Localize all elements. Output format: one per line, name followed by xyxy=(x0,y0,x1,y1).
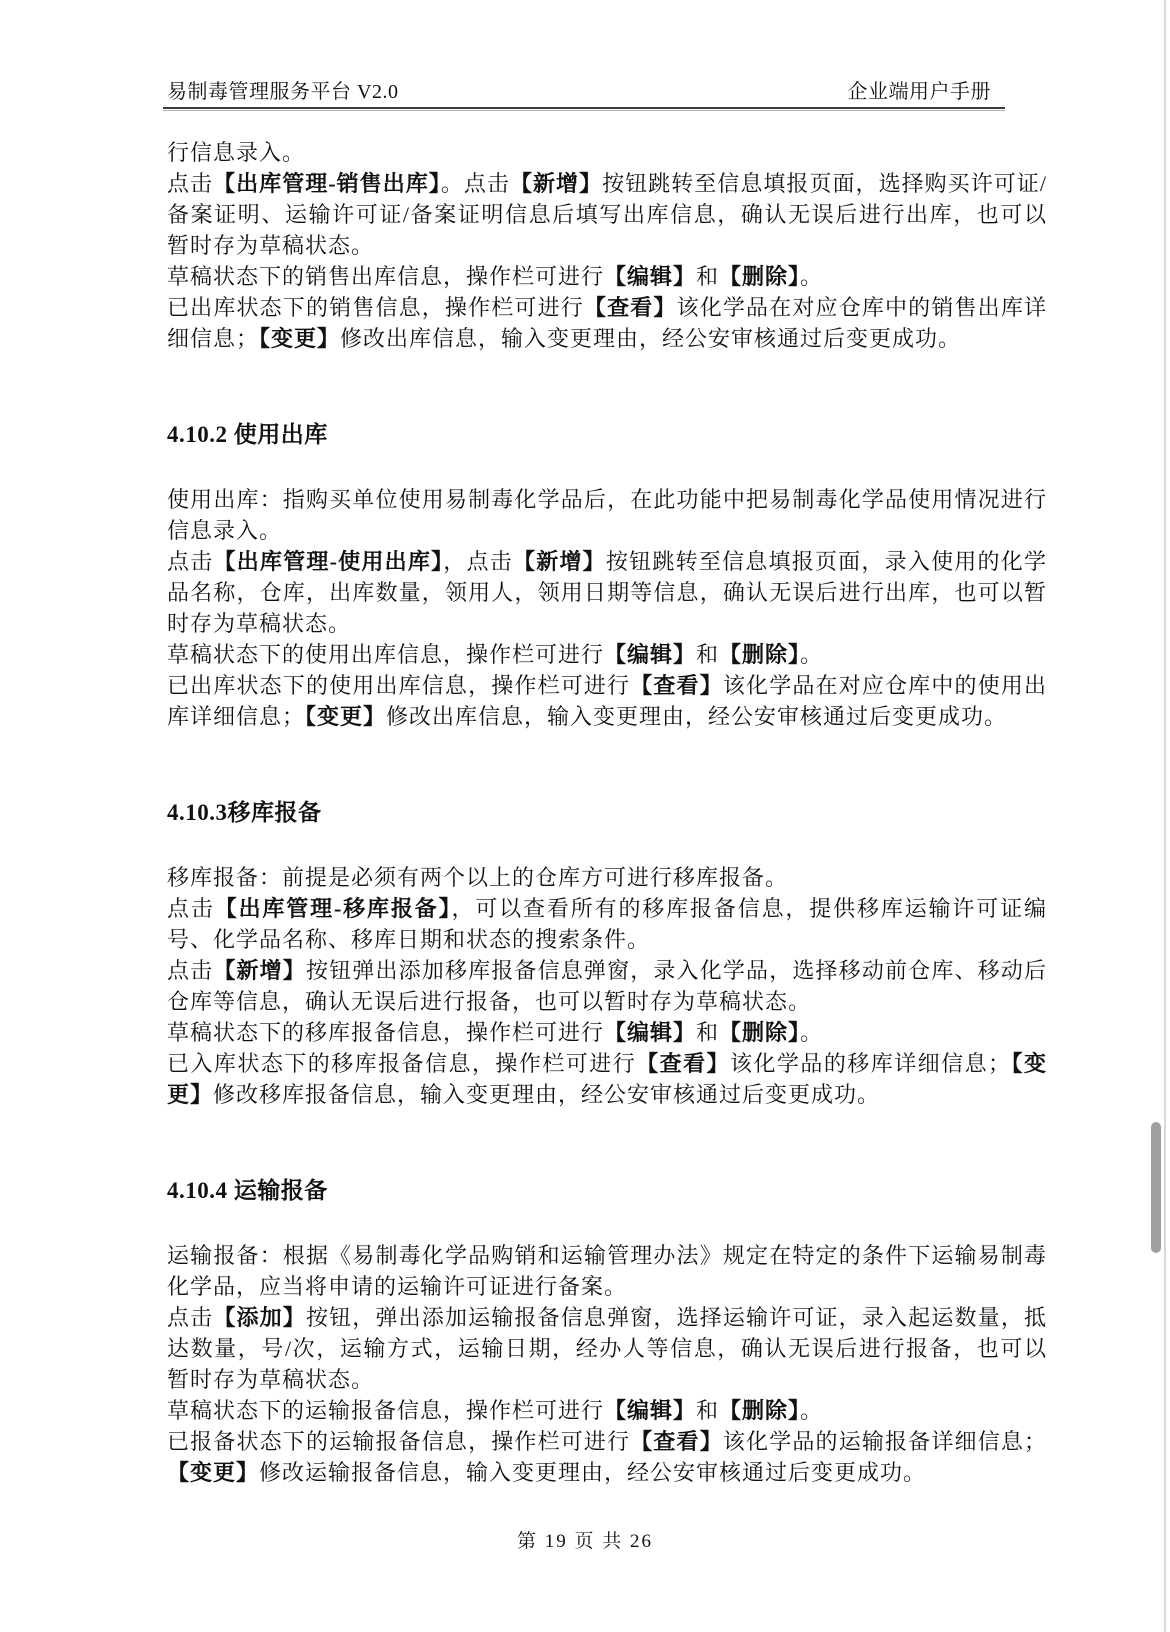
document-page: 易制毒管理服务平台 V2.0 企业端用户手册 行信息录入。 点击【出库管理-销售… xyxy=(0,0,1170,1632)
paragraph: 已出库状态下的使用出库信息，操作栏可进行【查看】该化学品在对应仓库中的使用出库详… xyxy=(167,670,1047,732)
paragraph: 草稿状态下的使用出库信息，操作栏可进行【编辑】和【删除】。 xyxy=(167,639,1047,670)
page-header: 易制毒管理服务平台 V2.0 企业端用户手册 xyxy=(167,80,991,104)
header-rule-light-line xyxy=(163,110,1005,111)
paragraph: 点击【出库管理-使用出库】，点击【新增】按钮跳转至信息填报页面，录入使用的化学品… xyxy=(167,546,1047,639)
scrollbar-thumb[interactable] xyxy=(1151,1122,1161,1253)
document-body: 行信息录入。 点击【出库管理-销售出库】。点击【新增】按钮跳转至信息填报页面，选… xyxy=(167,137,1047,1488)
paragraph: 运输报备：根据《易制毒化学品购销和运输管理办法》规定在特定的条件下运输易制毒化学… xyxy=(167,1240,1047,1302)
paragraph: 移库报备：前提是必须有两个以上的仓库方可进行移库报备。 xyxy=(167,862,1047,893)
section-heading-4-10-3: 4.10.3移库报备 xyxy=(167,798,1047,828)
page-footer: 第 19 页 共 26 xyxy=(0,1529,1170,1555)
paragraph: 点击【出库管理-移库报备】，可以查看所有的移库报备信息，提供移库运输许可证编号、… xyxy=(167,893,1047,955)
paragraph: 草稿状态下的运输报备信息，操作栏可进行【编辑】和【删除】。 xyxy=(167,1395,1047,1426)
header-rule xyxy=(163,107,1005,111)
paragraph: 点击【新增】按钮弹出添加移库报备信息弹窗，录入化学品，选择移动前仓库、移动后仓库… xyxy=(167,955,1047,1017)
header-right-title: 企业端用户手册 xyxy=(848,80,992,104)
paragraph: 使用出库：指购买单位使用易制毒化学品后，在此功能中把易制毒化学品使用情况进行信息… xyxy=(167,484,1047,546)
paragraph: 草稿状态下的移库报备信息，操作栏可进行【编辑】和【删除】。 xyxy=(167,1017,1047,1048)
paragraph: 点击【添加】按钮，弹出添加运输报备信息弹窗，选择运输许可证，录入起运数量，抵达数… xyxy=(167,1302,1047,1395)
section-heading-4-10-4: 4.10.4 运输报备 xyxy=(167,1176,1047,1206)
paragraph: 行信息录入。 xyxy=(167,137,1047,168)
paragraph: 已出库状态下的销售信息，操作栏可进行【查看】该化学品在对应仓库中的销售出库详细信… xyxy=(167,292,1047,354)
content-column: 易制毒管理服务平台 V2.0 企业端用户手册 行信息录入。 点击【出库管理-销售… xyxy=(167,0,1047,1488)
paragraph: 点击【出库管理-销售出库】。点击【新增】按钮跳转至信息填报页面，选择购买许可证/… xyxy=(167,168,1047,261)
section-heading-4-10-2: 4.10.2 使用出库 xyxy=(167,420,1047,450)
paragraph: 草稿状态下的销售出库信息，操作栏可进行【编辑】和【删除】。 xyxy=(167,261,1047,292)
scrollbar-track[interactable] xyxy=(1164,0,1166,1632)
page-number: 第 19 页 共 26 xyxy=(517,1531,653,1552)
header-rule-dark-line xyxy=(163,107,1005,109)
header-left-title: 易制毒管理服务平台 V2.0 xyxy=(167,80,398,104)
paragraph: 已报备状态下的运输报备信息，操作栏可进行【查看】该化学品的运输报备详细信息；【变… xyxy=(167,1426,1047,1488)
paragraph: 已入库状态下的移库报备信息，操作栏可进行【查看】该化学品的移库详细信息；【变更】… xyxy=(167,1048,1047,1110)
